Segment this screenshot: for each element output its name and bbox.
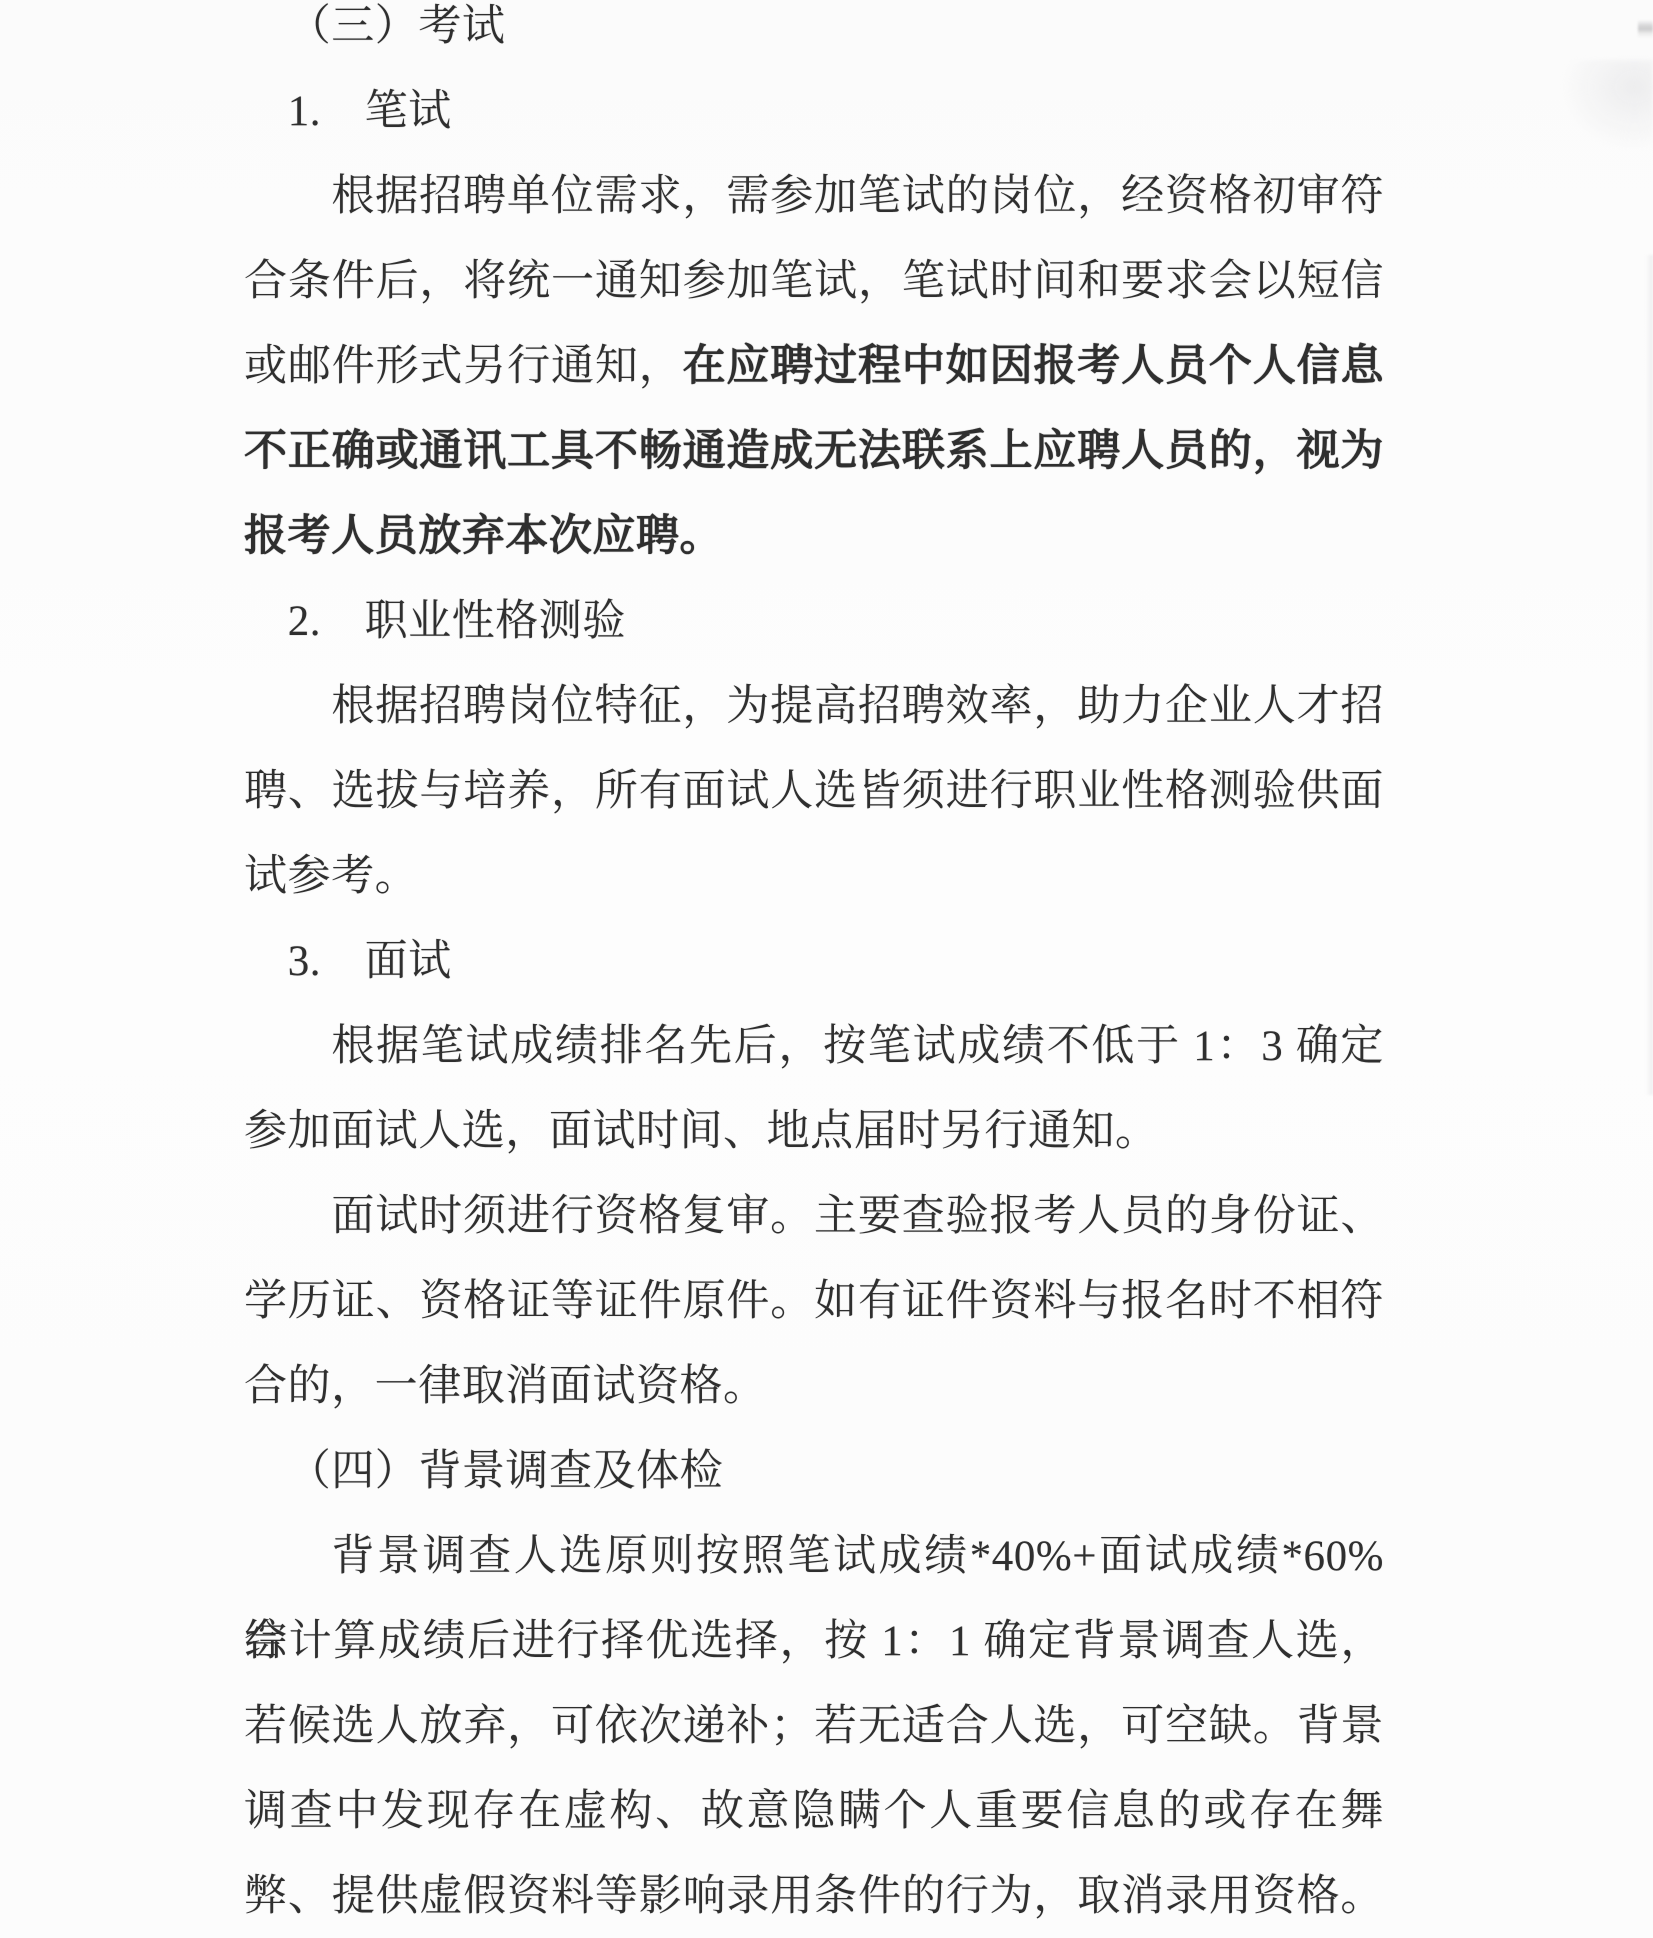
text-line: 学历证、资格证等证件原件。如有证件资料与报名时不相符 <box>244 1259 1384 1344</box>
text-segment: 合的，一律取消面试资格。 <box>244 1363 767 1410</box>
text-segment: 2. 职业性格测验 <box>288 598 626 645</box>
text-line: 合条件后，将统一通知参加笔试，笔试时间和要求会以短信 <box>244 239 1384 324</box>
text-line: 合的，一律取消面试资格。 <box>244 1344 1384 1429</box>
text-line: 调查中发现存在虚构、故意隐瞒个人重要信息的或存在舞 <box>244 1769 1384 1854</box>
text-segment: 面试时须进行资格复审。主要查验报考人员的身份证、 <box>331 1193 1384 1240</box>
text-segment: 根据招聘岗位特征，为提高招聘效率，助力企业人才招 <box>331 683 1384 730</box>
section-heading: （三）考试 <box>244 0 1384 69</box>
text-segment: 若候选人放弃，可依次递补；若无适合人选，可空缺。背景 <box>244 1703 1384 1750</box>
text-line: 弊、提供虚假资料等影响录用条件的行为，取消录用资格。 <box>244 1854 1384 1938</box>
text-segment: 合计算成绩后进行择优选择，按 1：1 确定背景调查人选， <box>244 1618 1384 1665</box>
text-segment: 3. 面试 <box>288 938 452 985</box>
text-line: 根据笔试成绩排名先后，按笔试成绩不低于 1：3 确定 <box>244 1004 1384 1089</box>
text-line: 试参考。 <box>244 834 1384 919</box>
text-line: 报考人员放弃本次应聘。 <box>244 494 1384 579</box>
text-line: 若候选人放弃，可依次递补；若无适合人选，可空缺。背景 <box>244 1684 1384 1769</box>
text-line: 不正确或通讯工具不畅通造成无法联系上应聘人员的，视为 <box>244 409 1384 494</box>
text-line: 或邮件形式另行通知，在应聘过程中如因报考人员个人信息 <box>244 324 1384 409</box>
text-line: 参加面试人选，面试时间、地点届时另行通知。 <box>244 1089 1384 1174</box>
text-segment: 试参考。 <box>244 853 418 900</box>
text-segment: 聘、选拔与培养，所有面试人选皆须进行职业性格测验供面 <box>244 768 1384 815</box>
scan-artifact-smudge <box>1638 20 1653 38</box>
text-line: 聘、选拔与培养，所有面试人选皆须进行职业性格测验供面 <box>244 749 1384 834</box>
text-segment: 根据笔试成绩排名先后，按笔试成绩不低于 1：3 确定 <box>331 1023 1384 1070</box>
text-line: 根据招聘岗位特征，为提高招聘效率，助力企业人才招 <box>244 664 1384 749</box>
document-page: （三）考试1. 笔试根据招聘单位需求，需参加笔试的岗位，经资格初审符合条件后，将… <box>0 0 1653 1938</box>
text-column: （三）考试1. 笔试根据招聘单位需求，需参加笔试的岗位，经资格初审符合条件后，将… <box>244 0 1384 1938</box>
text-segment: 弊、提供虚假资料等影响录用条件的行为，取消录用资格。 <box>244 1873 1384 1920</box>
section-heading: 2. 职业性格测验 <box>244 579 1384 664</box>
text-segment: （四）背景调查及体检 <box>288 1448 724 1495</box>
text-segment: （三）考试 <box>288 3 506 50</box>
emphasized-text-segment: 在应聘过程中如因报考人员个人信息 <box>683 343 1384 390</box>
text-segment: 合条件后，将统一通知参加笔试，笔试时间和要求会以短信 <box>244 258 1384 305</box>
text-segment: 或邮件形式另行通知， <box>244 343 683 390</box>
emphasized-text-segment: 报考人员放弃本次应聘。 <box>244 513 723 560</box>
text-line: 面试时须进行资格复审。主要查验报考人员的身份证、 <box>244 1174 1384 1259</box>
scan-artifact-shading <box>1560 60 1653 150</box>
text-segment: 调查中发现存在虚构、故意隐瞒个人重要信息的或存在舞 <box>244 1788 1384 1835</box>
text-segment: 1. 笔试 <box>288 88 452 135</box>
text-line: 合计算成绩后进行择优选择，按 1：1 确定背景调查人选， <box>244 1599 1384 1684</box>
emphasized-text-segment: 不正确或通讯工具不畅通造成无法联系上应聘人员的，视为 <box>244 428 1384 475</box>
text-segment: 根据招聘单位需求，需参加笔试的岗位，经资格初审符 <box>331 173 1384 220</box>
text-segment: 参加面试人选，面试时间、地点届时另行通知。 <box>244 1108 1159 1155</box>
section-heading: 3. 面试 <box>244 919 1384 1004</box>
section-heading: 1. 笔试 <box>244 69 1384 154</box>
text-line: 背景调查人选原则按照笔试成绩*40%+面试成绩*60%综 <box>244 1514 1384 1599</box>
text-line: 根据招聘单位需求，需参加笔试的岗位，经资格初审符 <box>244 154 1384 239</box>
scan-edge-shadow <box>1646 255 1653 1095</box>
text-segment: 学历证、资格证等证件原件。如有证件资料与报名时不相符 <box>244 1278 1384 1325</box>
section-heading: （四）背景调查及体检 <box>244 1429 1384 1514</box>
